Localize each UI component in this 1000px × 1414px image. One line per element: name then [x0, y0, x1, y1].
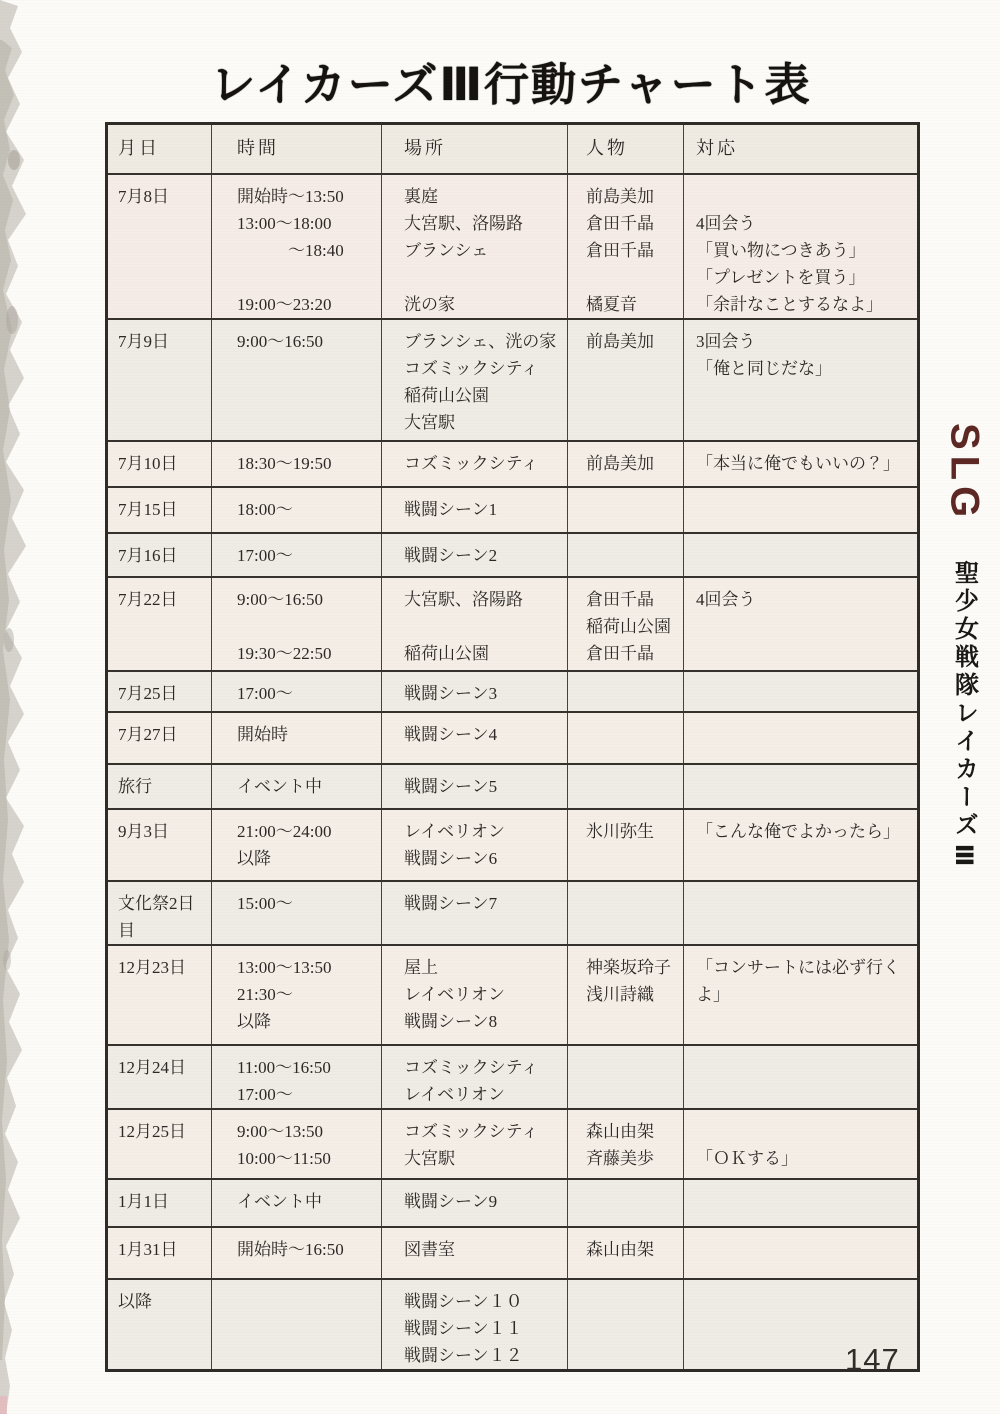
cell-time: 開始時 [212, 712, 382, 764]
cell-place: 戦闘シーン5 [382, 764, 568, 809]
cell-place: 戦闘シーン7 [382, 881, 568, 945]
table-row: 以降 戦闘シーン１０ 戦闘シーン１１ 戦闘シーン１２ [107, 1279, 919, 1371]
cell-time: 18:00～ [212, 487, 382, 533]
cell-person: 前島美加 [568, 319, 684, 441]
cell-place: コズミックシティ レイベリオン [382, 1045, 568, 1109]
page-margin-sidebar: SLG 聖少女戦隊レイカーズⅢ [934, 408, 994, 874]
cell-place: 戦闘シーン１０ 戦闘シーン１１ 戦闘シーン１２ [382, 1279, 568, 1371]
cell-response: 「本当に俺でもいいの？」 [684, 441, 919, 487]
cell-time: 9:00～16:50 [212, 319, 382, 441]
cell-response [684, 533, 919, 577]
page-title: レイカーズⅢ行動チャート表 [105, 48, 917, 113]
cell-response [684, 1227, 919, 1279]
cell-person [568, 764, 684, 809]
cell-place: 戦闘シーン1 [382, 487, 568, 533]
cell-date: 12月24日 [107, 1045, 212, 1109]
cell-place: 屋上 レイベリオン 戦闘シーン8 [382, 945, 568, 1045]
cell-person [568, 712, 684, 764]
cell-place: 図書室 [382, 1227, 568, 1279]
cell-person [568, 881, 684, 945]
cell-person: 神楽坂玲子 浅川詩織 [568, 945, 684, 1045]
cell-time: 17:00～ [212, 671, 382, 712]
cell-date: 以降 [107, 1279, 212, 1371]
table-row: 旅行 イベント中 戦闘シーン5 [107, 764, 919, 809]
cell-time: 18:30～19:50 [212, 441, 382, 487]
cell-person [568, 671, 684, 712]
cell-time: 9:00～13:50 10:00～11:50 [212, 1109, 382, 1179]
cell-response: 「こんな俺でよかったら」 [684, 809, 919, 881]
cell-date: 7月22日 [107, 577, 212, 671]
table-row: 1月1日 イベント中 戦闘シーン9 [107, 1179, 919, 1227]
cell-person [568, 487, 684, 533]
table-row: 12月25日 9:00～13:50 10:00～11:50 コズミックシティ 大… [107, 1109, 919, 1179]
cell-date: 1月1日 [107, 1179, 212, 1227]
cell-person [568, 1179, 684, 1227]
cell-time: 開始時～16:50 [212, 1227, 382, 1279]
table-row: 7月9日 9:00～16:50 ブランシェ、洸の家 コズミックシティ 稲荷山公園… [107, 319, 919, 441]
cell-place: 戦闘シーン2 [382, 533, 568, 577]
cell-place: レイベリオン 戦闘シーン6 [382, 809, 568, 881]
cell-date: 7月27日 [107, 712, 212, 764]
cell-response: 3回会う 「俺と同じだな」 [684, 319, 919, 441]
table-row: 7月15日 18:00～ 戦闘シーン1 [107, 487, 919, 533]
cell-date: 旅行 [107, 764, 212, 809]
table-row: 12月24日 11:00～16:50 17:00～ コズミックシティ レイベリオ… [107, 1045, 919, 1109]
cell-date: 7月8日 [107, 174, 212, 319]
cell-person: 森山由架 [568, 1227, 684, 1279]
action-chart-table: 月日 時間 場所 人物 対応 7月8日 開始時～13:50 13:00～18:0… [105, 122, 920, 1372]
table-row: 1月31日 開始時～16:50 図書室 森山由架 [107, 1227, 919, 1279]
cell-date: 7月10日 [107, 441, 212, 487]
table-row: 12月23日 13:00～13:50 21:30～ 以降 屋上 レイベリオン 戦… [107, 945, 919, 1045]
table-row: 7月10日 18:30～19:50 コズミックシティ 前島美加 「本当に俺でもい… [107, 441, 919, 487]
cell-response: 「ＯＫする」 [684, 1109, 919, 1179]
table-row: 7月25日 17:00～ 戦闘シーン3 [107, 671, 919, 712]
cell-place: コズミックシティ [382, 441, 568, 487]
column-header-person: 人物 [568, 124, 684, 174]
cell-response [684, 1179, 919, 1227]
genre-label: SLG [942, 408, 987, 538]
cell-response [684, 487, 919, 533]
column-header-place: 場所 [382, 124, 568, 174]
cell-place: 戦闘シーン9 [382, 1179, 568, 1227]
game-title-numeral: Ⅲ [950, 840, 978, 868]
cell-time: イベント中 [212, 764, 382, 809]
table-row: 文化祭2日目 15:00～ 戦闘シーン7 [107, 881, 919, 945]
cell-time: 開始時～13:50 13:00～18:00 ～18:40 19:00～23:20 [212, 174, 382, 319]
cell-time: 17:00～ [212, 533, 382, 577]
column-header-response: 対応 [684, 124, 919, 174]
table-row: 7月22日 9:00～16:50 19:30～22:50 大宮駅、洛陽路 稲荷山… [107, 577, 919, 671]
torn-paper-edge [0, 0, 40, 1414]
cell-date: 7月16日 [107, 533, 212, 577]
game-title-text: 聖少女戦隊レイカーズ [951, 560, 978, 840]
cell-response [684, 671, 919, 712]
table-row: 7月27日 開始時 戦闘シーン4 [107, 712, 919, 764]
cell-place: 戦闘シーン4 [382, 712, 568, 764]
cell-time: 21:00～24:00 以降 [212, 809, 382, 881]
cell-place: コズミックシティ 大宮駅 [382, 1109, 568, 1179]
cell-person [568, 1045, 684, 1109]
table-header-row: 月日 時間 場所 人物 対応 [107, 124, 919, 174]
cell-person: 倉田千晶 稲荷山公園 倉田千晶 [568, 577, 684, 671]
table-row: 9月3日 21:00～24:00 以降 レイベリオン 戦闘シーン6 氷川弥生 「… [107, 809, 919, 881]
cell-person: 森山由架 斉藤美歩 [568, 1109, 684, 1179]
cell-person: 前島美加 [568, 441, 684, 487]
cell-place: ブランシェ、洸の家 コズミックシティ 稲荷山公園 大宮駅 [382, 319, 568, 441]
cell-time: 9:00～16:50 19:30～22:50 [212, 577, 382, 671]
cell-response: 4回会う 「買い物につきあう」 「プレゼントを買う」 「余計なことするなよ」 [684, 174, 919, 319]
cell-person [568, 533, 684, 577]
cell-response [684, 764, 919, 809]
cell-place: 戦闘シーン3 [382, 671, 568, 712]
cell-date: 7月9日 [107, 319, 212, 441]
cell-date: 7月15日 [107, 487, 212, 533]
game-title-vertical: 聖少女戦隊レイカーズⅢ [947, 554, 982, 874]
page-number: 147 [845, 1342, 965, 1378]
cell-date: 12月23日 [107, 945, 212, 1045]
cell-response [684, 1045, 919, 1109]
cell-response: 4回会う [684, 577, 919, 671]
cell-date: 1月31日 [107, 1227, 212, 1279]
cell-time: 15:00～ [212, 881, 382, 945]
cell-date: 7月25日 [107, 671, 212, 712]
column-header-date: 月日 [107, 124, 212, 174]
cell-date: 9月3日 [107, 809, 212, 881]
table-row: 7月16日 17:00～ 戦闘シーン2 [107, 533, 919, 577]
cell-time: イベント中 [212, 1179, 382, 1227]
cell-date: 文化祭2日目 [107, 881, 212, 945]
cell-date: 12月25日 [107, 1109, 212, 1179]
cell-place: 裏庭 大宮駅、洛陽路 ブランシェ 洸の家 [382, 174, 568, 319]
column-header-time: 時間 [212, 124, 382, 174]
cell-response [684, 712, 919, 764]
cell-time: 11:00～16:50 17:00～ [212, 1045, 382, 1109]
cell-time [212, 1279, 382, 1371]
cell-person: 前島美加 倉田千晶 倉田千晶 橘夏音 [568, 174, 684, 319]
cell-person [568, 1279, 684, 1371]
cell-person: 氷川弥生 [568, 809, 684, 881]
cell-time: 13:00～13:50 21:30～ 以降 [212, 945, 382, 1045]
cell-response: 「コンサートには必ず行くよ」 [684, 945, 919, 1045]
cell-response [684, 881, 919, 945]
cell-place: 大宮駅、洛陽路 稲荷山公園 [382, 577, 568, 671]
table-row: 7月8日 開始時～13:50 13:00～18:00 ～18:40 19:00～… [107, 174, 919, 319]
